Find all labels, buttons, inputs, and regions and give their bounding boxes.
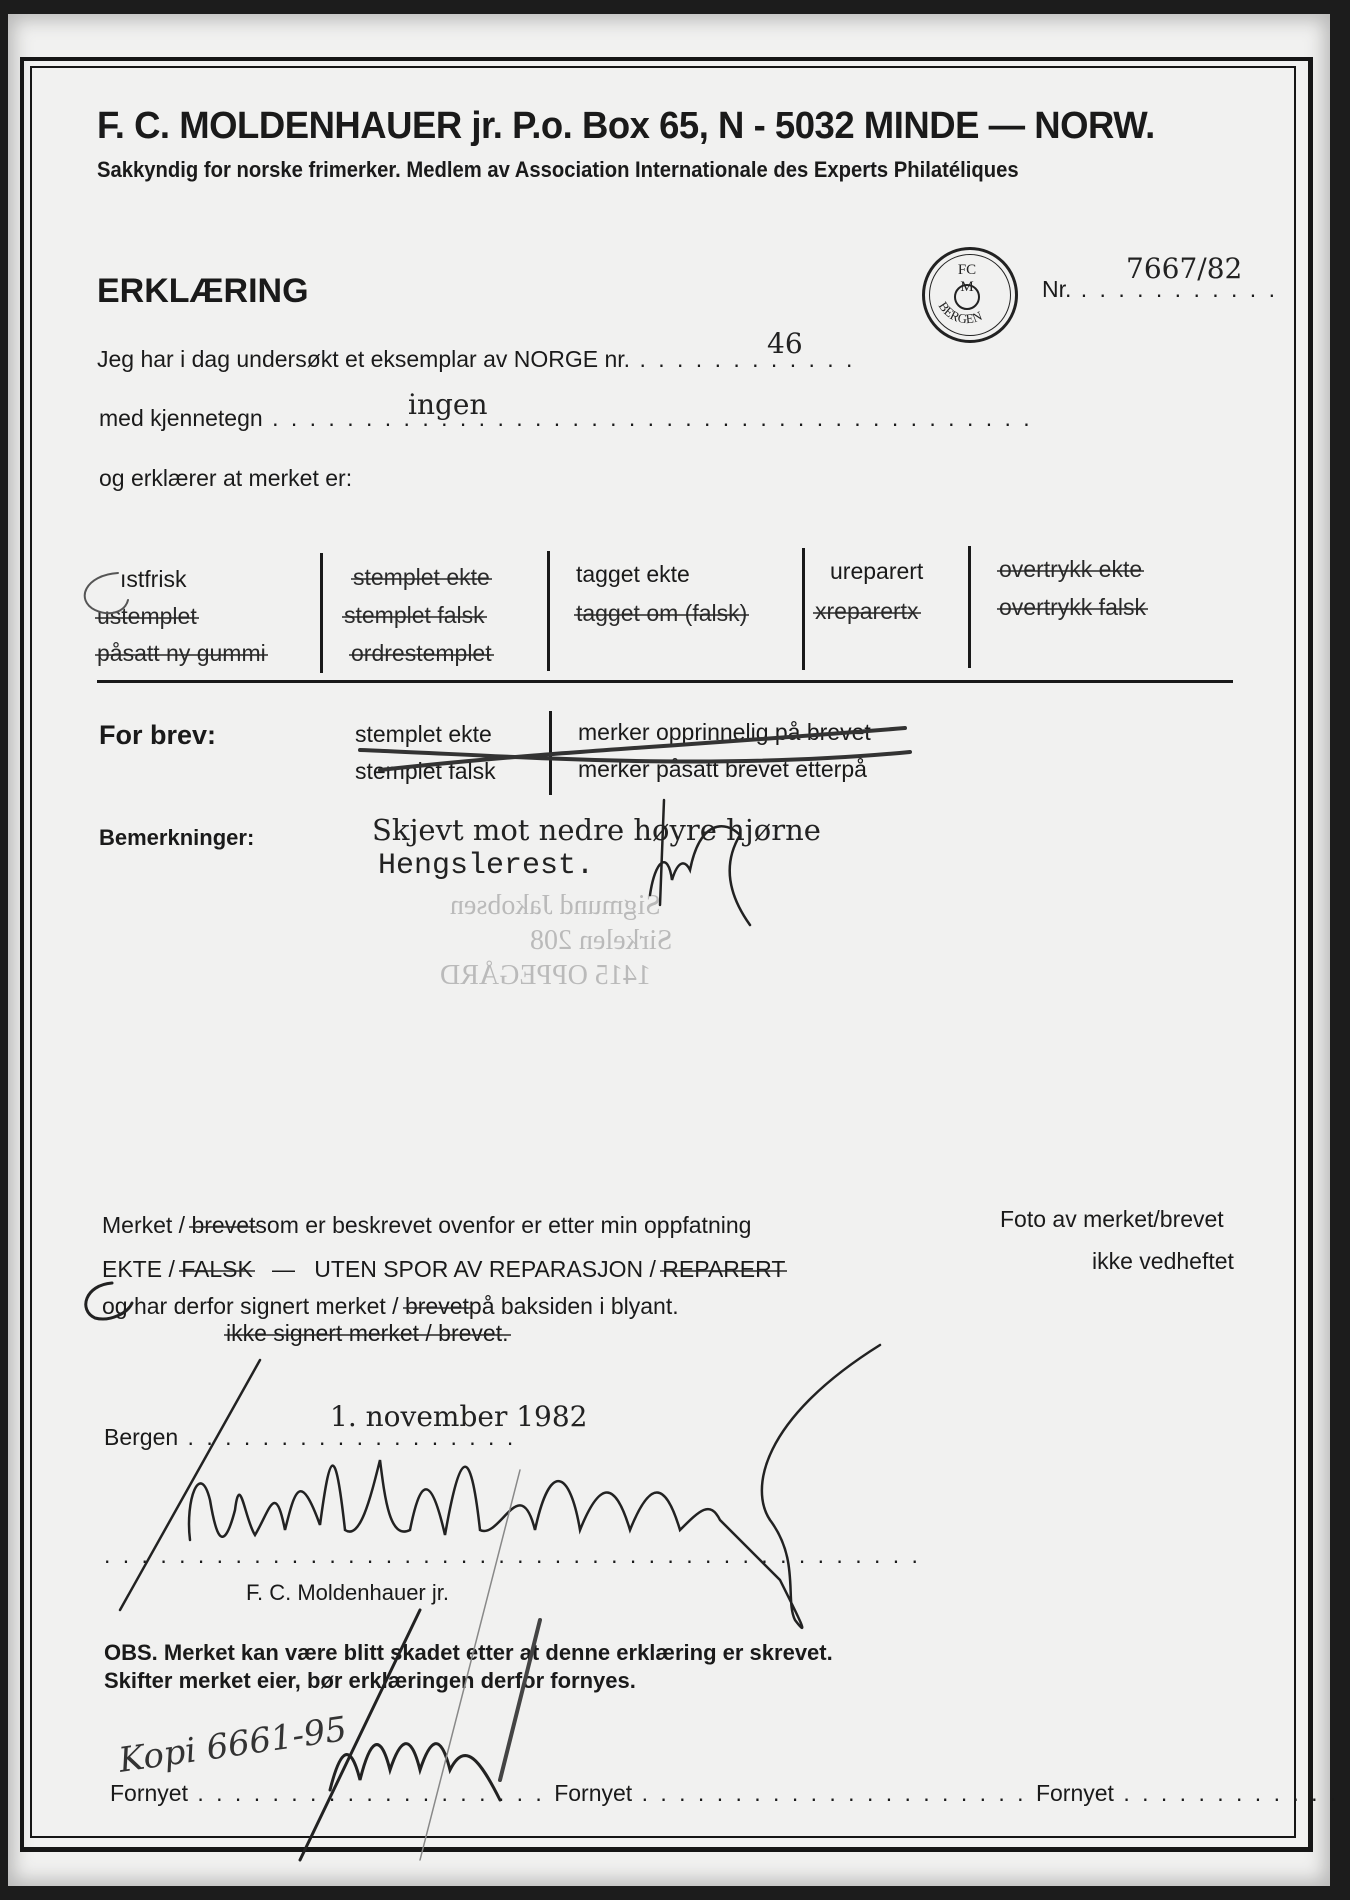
seal-logo: FC M BERGEN: [922, 247, 1018, 343]
option-stemplet-falsk: stemplet falsk: [344, 602, 485, 629]
examined-line: Jeg har i dag undersøkt et eksemplar av …: [97, 346, 855, 373]
option-ureparert: ureparert: [830, 558, 923, 585]
column-divider: [968, 546, 971, 668]
remarks-line-1: Skjevt mot nedre høyre hjørne: [372, 813, 821, 847]
option-postfrisk: ıstfrisk: [120, 566, 186, 593]
photo-note-line-1: Foto av merket/brevet: [1000, 1206, 1224, 1233]
marks-value: ingen: [408, 388, 488, 421]
option-tagget-om: tagget om (falsk): [576, 600, 747, 627]
column-divider: [547, 551, 550, 671]
renewal-label: Fornyet: [110, 1780, 188, 1806]
option-overtrykk-ekte: overtrykk ekte: [999, 556, 1142, 583]
company-subtitle: Sakkyndig for norske frimerker. Medlem a…: [97, 157, 1019, 183]
option-overtrykk-falsk: overtrykk falsk: [999, 594, 1146, 621]
remarks-line-2: Hengslerest.: [378, 849, 594, 883]
ghost-stamp-line: 1415 OPPEGÅRD: [440, 960, 651, 992]
notice-line-2: Skifter merket eier, bør erklæringen der…: [104, 1668, 636, 1694]
renewal-label: Fornyet: [554, 1780, 632, 1806]
brev-opprinnelig: merker opprinnelig på brevet: [578, 719, 871, 746]
option-reparert: xreparertx: [815, 598, 919, 625]
conclusion-line-1: Merket / brevetsom er beskrevet ovenfor …: [102, 1212, 751, 1239]
stamp-number-value: 46: [767, 327, 803, 360]
option-stemplet-ekte: stemplet ekte: [353, 564, 490, 591]
certificate-number: 7667/82: [1126, 252, 1242, 285]
seal-emblem-icon: FC M BERGEN: [922, 247, 1012, 337]
ghost-stamp-line: Sigmund Jakobsen: [450, 890, 661, 922]
conclusion-line-4: ikke signert merket / brevet.: [226, 1320, 509, 1347]
section-divider: [97, 680, 1233, 683]
page-title: ERKLÆRING: [97, 272, 309, 311]
signature-date: 1. november 1982: [330, 1400, 587, 1433]
declare-label: og erklærer at merket er:: [99, 465, 352, 492]
column-divider: [320, 553, 323, 673]
photo-note-line-2: ikke vedheftet: [1092, 1248, 1234, 1275]
ghost-stamp-line: Sirkelen 208: [530, 925, 672, 957]
svg-text:M: M: [960, 279, 973, 295]
for-brev-divider: [549, 711, 552, 795]
svg-text:FC: FC: [958, 262, 976, 278]
column-divider: [802, 548, 805, 670]
notice-line-1: OBS. Merket kan være blitt skadet etter …: [104, 1640, 833, 1666]
brev-pasatt: merker påsatt brevet etterpå: [578, 756, 867, 783]
option-ustemplet: ustemplet: [97, 603, 197, 630]
signature-dotted-line: . . . . . . . . . . . . . . . . . . . . …: [104, 1542, 921, 1569]
brev-stemplet-ekte: stemplet ekte: [355, 721, 492, 748]
renewal-line: Fornyet . . . . . . . . . . . . . . . . …: [110, 1780, 1350, 1807]
option-tagget-ekte: tagget ekte: [576, 561, 690, 588]
conclusion-line-3: og har derfor signert merket / brevetpå …: [102, 1293, 679, 1320]
for-brev-label: For brev:: [99, 720, 216, 751]
company-header: F. C. MOLDENHAUER jr. P.o. Box 65, N - 5…: [97, 105, 1155, 148]
option-pasatt-ny-gummi: påsatt ny gummi: [97, 640, 266, 667]
marks-line: med kjennetegn . . . . . . . . . . . . .…: [99, 405, 1033, 432]
brev-stemplet-falsk: stemplet falsk: [355, 758, 496, 785]
option-ordrestemplet: ordrestemplet: [351, 640, 492, 667]
signer-name: F. C. Moldenhauer jr.: [246, 1580, 449, 1606]
renewal-label: Fornyet: [1036, 1780, 1114, 1806]
remarks-label: Bemerkninger:: [99, 825, 254, 851]
conclusion-line-2: EKTE / FALSK — UTEN SPOR AV REPARASJON /…: [102, 1256, 785, 1283]
